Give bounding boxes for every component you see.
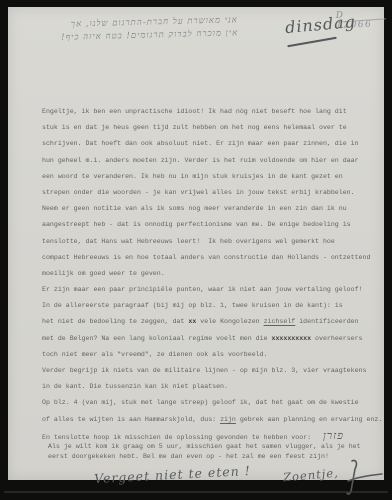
typed-segment: xxxxxxxxxx — [272, 335, 312, 342]
typed-line: Op blz. 4 (van mij, stuk met lange stree… — [42, 395, 374, 411]
typed-segment: gebrek aan planning en ervaring enz. — [236, 416, 382, 423]
handwritten-closing: Zoentje, — [282, 466, 339, 485]
typed-line: toch niet meer als "vreemd", ze dienen o… — [42, 347, 374, 363]
typed-line: strepen onder die woorden - je kan vrijw… — [42, 185, 374, 201]
typed-line: schrijven. Dat hoeft dan ook absoluut ni… — [42, 136, 374, 152]
typed-line: het niet de bedoeling te zeggen, dat xx … — [42, 314, 374, 330]
typed-line: compact Hebreeuws is en hoe totaal ander… — [42, 250, 374, 266]
typed-line: in de kant. Die tussenzin kan ik niet pl… — [42, 379, 374, 395]
inline-handwritten-word: פזרן — [323, 429, 344, 442]
typed-line: met de Belgen? Na een lang koloniaal reg… — [42, 331, 374, 347]
day-word-underline — [287, 37, 337, 47]
typed-segment: identificeerden — [295, 318, 358, 325]
handwritten-postscript: Vergeet niet te eten ! — [94, 463, 251, 486]
typed-line: eerst doorgekeken hebt. Bel me dan even … — [48, 452, 378, 462]
typed-segment: zichself — [264, 318, 296, 325]
typed-segment: met de Belgen? Na een lang koloniaal reg… — [42, 335, 272, 342]
scan-bottom-edge — [4, 491, 388, 493]
typed-line: hun geheel m.i. anders moeten zijn. Verd… — [42, 153, 374, 169]
typed-line: stuk is en dat je heus geen tijd zult he… — [42, 120, 374, 136]
typed-line: moeilijk om goed weer te geven. — [42, 266, 374, 282]
letter-paper: D 12066 dinsdag אני מאושרת על חברת-התרגו… — [8, 7, 384, 480]
typed-segment: En tenslotte hoop ik misschien de oploss… — [42, 434, 323, 441]
scanned-letter-screenshot: { "annotations": { "catalog_number": "D … — [0, 0, 392, 500]
typed-segment: zijn — [220, 416, 236, 423]
typed-line: Er zijn maar een paar principiële punten… — [42, 282, 374, 298]
typed-segment: of alles te wijten is aan Hammarskjold, … — [42, 416, 220, 423]
typed-line: Verder begrijp ik niets van de militaire… — [42, 363, 374, 379]
typed-line: een woord te veranderen. Ik heb nu in mi… — [42, 169, 374, 185]
typed-line: aangestreept heb - dat is onnodig perfec… — [42, 217, 374, 233]
typed-line: of alles te wijten is aan Hammarskjold, … — [42, 412, 374, 428]
typed-line: Neem er geen notitie van als ik soms nog… — [42, 201, 374, 217]
typed-segment: overheersers — [311, 335, 362, 342]
typed-segment: het niet de bedoeling te zeggen, dat — [42, 318, 188, 325]
typed-segment: vele Kongolezen — [196, 318, 263, 325]
typed-line: Engeltje, ik ben een unpractische idioot… — [42, 104, 374, 120]
typed-line: Als je wilt kom ik graag om 5 uur, missc… — [48, 442, 378, 452]
handwritten-hebrew-note: אני מאושרת על חברת-התרגום שלנו, אך אין מ… — [24, 14, 239, 46]
typed-line: In de allereerste paragraaf (bij mij op … — [42, 298, 374, 314]
typed-letter-body: Engeltje, ik ben een unpractische idioot… — [42, 104, 374, 444]
typed-line: tenslotte, dat Hans wat Hebreeuws leert!… — [42, 234, 374, 250]
signature-flourish-icon — [334, 457, 386, 500]
handwritten-day-word: dinsdag — [284, 12, 356, 37]
typed-letter-footer: Als je wilt kom ik graag om 5 uur, missc… — [48, 442, 378, 462]
